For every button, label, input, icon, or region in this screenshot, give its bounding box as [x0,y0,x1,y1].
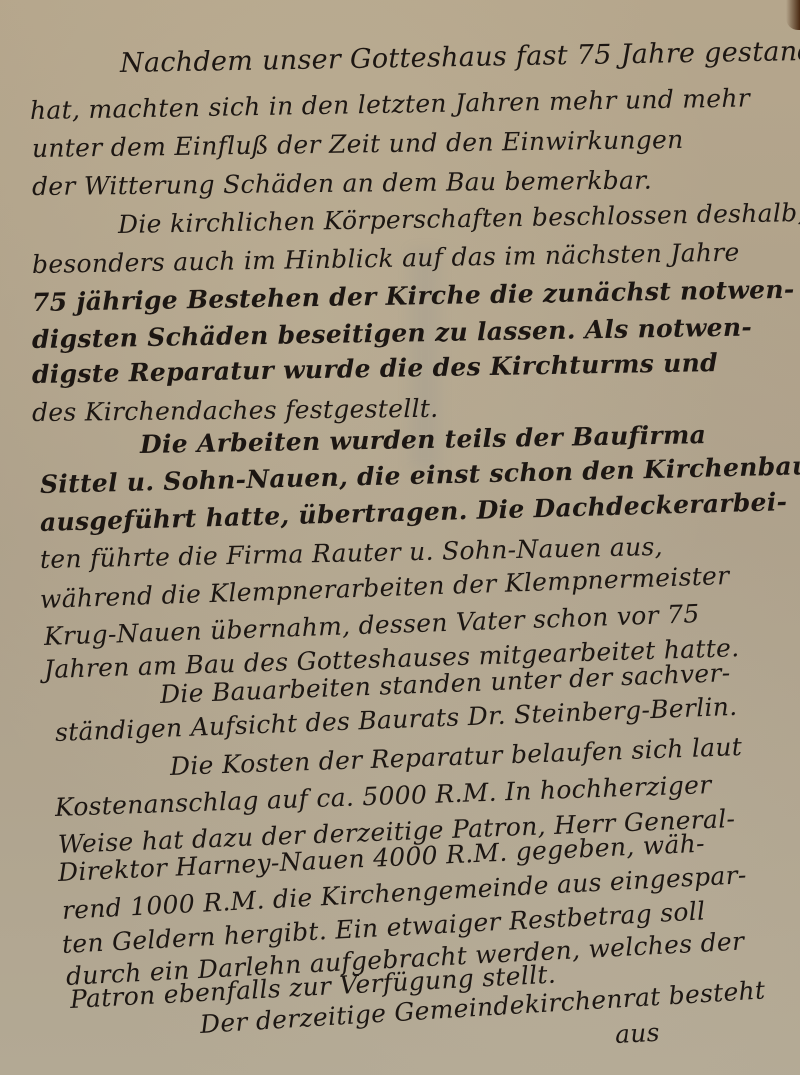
text-line-29: aus [614,1018,660,1049]
page-corner [786,0,800,30]
text-line-10: des Kirchendaches festgestellt. [32,394,439,427]
